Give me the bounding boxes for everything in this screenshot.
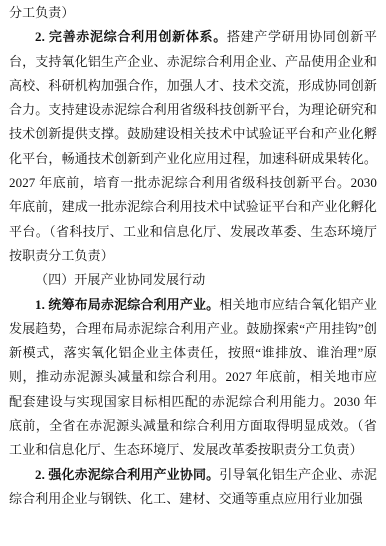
run-in-heading: 2. 完善赤泥综合利用创新体系。 (35, 29, 227, 44)
paragraph-innovation-system: 2. 完善赤泥综合利用创新体系。搭建产学研用协同创新平台，支持氧化铝生产企业、赤… (9, 25, 377, 268)
paragraph-text: 搭建产学研用协同创新平台，支持氧化铝生产企业、赤泥综合利用企业、产品使用企业和高… (9, 29, 377, 263)
run-in-heading: 2. 强化赤泥综合利用产业协同。 (35, 467, 219, 482)
paragraph-text: 分工负责） (9, 5, 75, 20)
section-heading-text: （四）开展产业协同发展行动 (35, 272, 205, 287)
paragraph-industry-layout: 1. 统筹布局赤泥综合利用产业。相关地市应结合氧化铝产业发展趋势，合理布局赤泥综… (9, 293, 377, 463)
paragraph-continuation: 分工负责） (9, 1, 377, 25)
section-heading-4: （四）开展产业协同发展行动 (9, 268, 377, 292)
run-in-heading: 1. 统筹布局赤泥综合利用产业。 (35, 297, 219, 312)
paragraph-industry-synergy: 2. 强化赤泥综合利用产业协同。引导氧化铝生产企业、赤泥综合利用企业与钢铁、化工… (9, 463, 377, 512)
document-page: 分工负责） 2. 完善赤泥综合利用创新体系。搭建产学研用协同创新平台，支持氧化铝… (0, 0, 386, 546)
paragraph-text: 相关地市应结合氧化铝产业发展趋势，合理布局赤泥综合利用产业。鼓励探索“产用挂钩”… (9, 297, 377, 458)
